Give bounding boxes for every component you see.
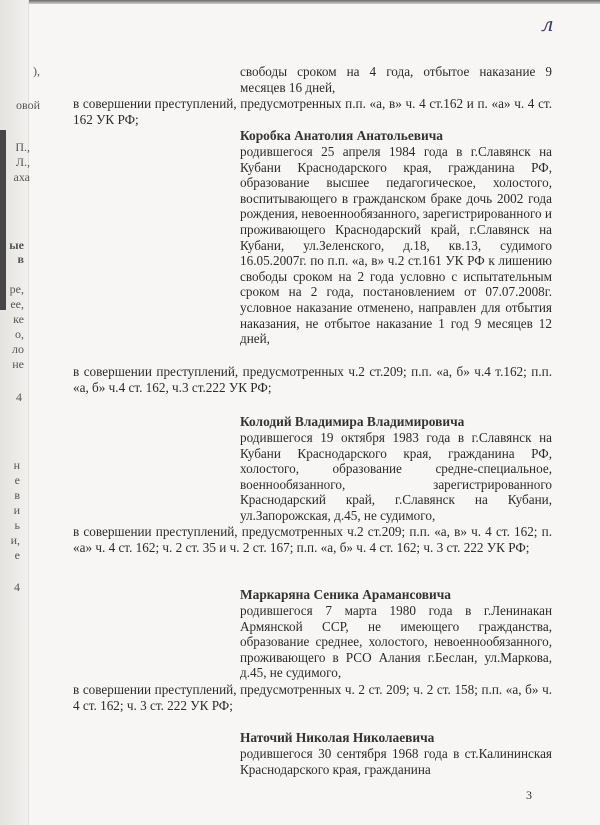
bleed-fragment: в (0, 252, 24, 266)
defendant-name: Коробка Анатолия Анатольевича (240, 128, 552, 144)
bleed-fragment: не (0, 357, 24, 371)
defendant-charges: в совершении преступлений, предусмотренн… (73, 682, 552, 713)
bleed-fragment: П., (0, 140, 30, 154)
bleed-fragment: аха (0, 170, 30, 184)
defendant-name: Маркаряна Сеника Арамансовича (240, 587, 552, 603)
bleed-fragment: и, (0, 533, 20, 547)
defendant-details: родившегося 19 октября 1983 года в г.Сла… (240, 430, 552, 524)
scan-top-edge (0, 0, 600, 4)
bleed-fragment: ре, (0, 282, 24, 296)
bleed-fragment: е (0, 473, 20, 487)
bleed-fragment: ), (0, 64, 40, 78)
defendant-details: родившегося 30 сентября 1968 года в ст.К… (240, 746, 552, 777)
defendant-name: Колодий Владимира Владимировича (240, 414, 552, 430)
bleed-fragment: в (0, 488, 20, 502)
bleed-fragment: е (0, 548, 20, 562)
page-number: 3 (526, 788, 532, 803)
bleed-fragment: н (0, 458, 20, 472)
bleed-fragment: ло (0, 342, 24, 356)
bleed-fragment: Л., (0, 155, 30, 169)
bleed-fragment: 4 (0, 580, 20, 594)
defendant-charges: в совершении преступлений, предусмотренн… (73, 524, 552, 555)
defendant-details: родившегося 7 марта 1980 года в г.Ленина… (240, 603, 552, 681)
page-seam (28, 0, 29, 825)
bleed-fragment: 4 (0, 390, 22, 404)
bleed-fragment: ые (0, 238, 24, 252)
continuation-charges: в совершении преступлений, предусмотренн… (73, 96, 552, 127)
bleed-fragment: о, (0, 327, 24, 341)
previous-page-edge (0, 0, 28, 825)
continuation-details: свободы сроком на 4 года, отбытое наказа… (240, 64, 552, 95)
bleed-fragment: ь (0, 518, 20, 532)
bleed-fragment: и (0, 503, 20, 517)
bleed-fragment: овой (0, 98, 40, 112)
defendant-name: Наточий Николая Николаевича (240, 730, 552, 746)
defendant-details: родившегося 25 апреля 1984 года в г.Слав… (240, 144, 552, 347)
bleed-fragment: ке (0, 312, 24, 326)
bleed-fragment: ее, (0, 297, 24, 311)
handwritten-mark: л (541, 12, 554, 36)
defendant-charges: в совершении преступлений, предусмотренн… (73, 364, 552, 395)
